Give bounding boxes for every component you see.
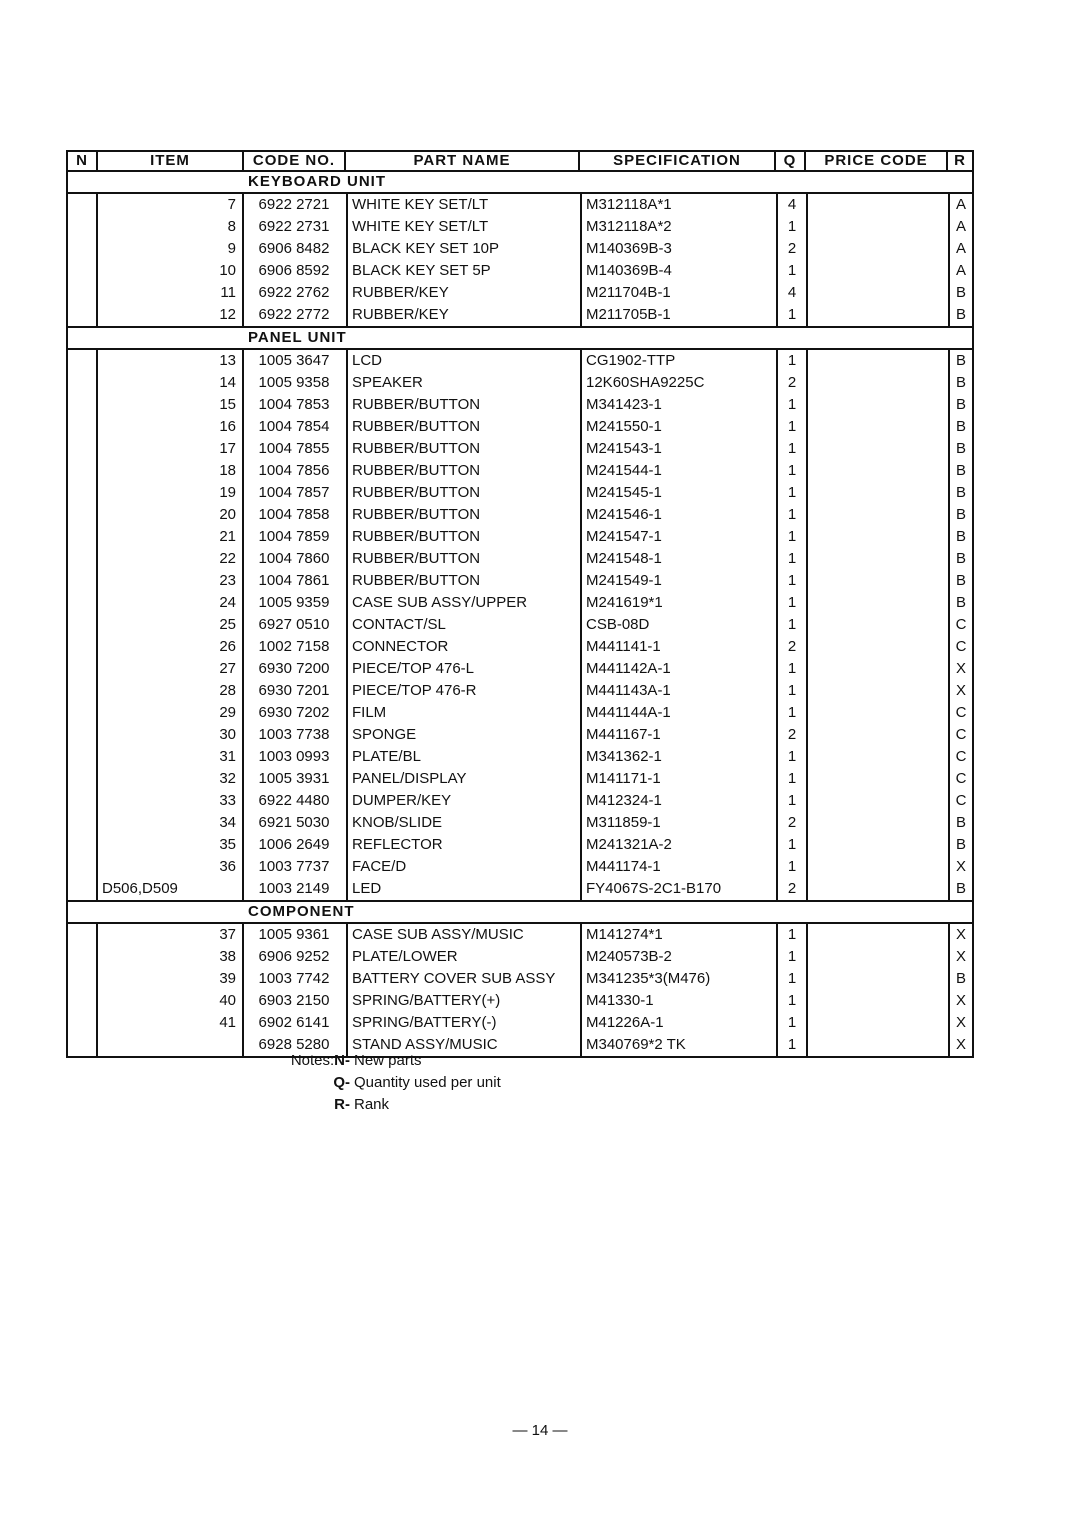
quantity: 1 xyxy=(778,260,806,282)
specification: M441143A-1 xyxy=(584,680,671,702)
part-name: RUBBER/KEY xyxy=(350,304,449,326)
rank: B xyxy=(950,570,972,592)
part-name: LED xyxy=(350,878,381,900)
specification: M441142A-1 xyxy=(584,658,671,680)
specification: M241545-1 xyxy=(584,482,662,504)
price-code xyxy=(808,216,948,238)
table-row: 296930 7202FILMM441144A-11C xyxy=(68,702,972,724)
item-number: 11 xyxy=(98,282,242,304)
rank: B xyxy=(950,482,972,504)
price-code xyxy=(808,460,948,482)
specification: M241544-1 xyxy=(584,460,662,482)
specification: M341235*3(M476) xyxy=(584,968,710,990)
part-name: CASE SUB ASSY/UPPER xyxy=(350,592,527,614)
part-name: WHITE KEY SET/LT xyxy=(350,216,488,238)
price-code xyxy=(808,526,948,548)
part-name: PANEL/DISPLAY xyxy=(350,768,467,790)
code-no: 1006 2649 xyxy=(244,834,344,856)
code-no: 6922 2721 xyxy=(244,194,344,216)
table-row: 406903 2150SPRING/BATTERY(+)M41330-11X xyxy=(68,990,972,1012)
part-name: RUBBER/BUTTON xyxy=(350,394,480,416)
part-name: KNOB/SLIDE xyxy=(350,812,442,834)
rank: B xyxy=(950,548,972,570)
part-name: PLATE/BL xyxy=(350,746,421,768)
part-name: PIECE/TOP 476-L xyxy=(350,658,474,680)
specification: M311859-1 xyxy=(584,812,661,834)
specification: M312118A*1 xyxy=(584,194,672,216)
specification: M441144A-1 xyxy=(584,702,671,724)
price-code xyxy=(808,812,948,834)
code-no: 1004 7858 xyxy=(244,504,344,526)
item-number: 38 xyxy=(98,946,242,968)
code-no: 1005 3931 xyxy=(244,768,344,790)
note-key: Q- xyxy=(230,1072,350,1094)
code-no: 1004 7853 xyxy=(244,394,344,416)
specification: M241321A-2 xyxy=(584,834,672,856)
quantity: 1 xyxy=(778,746,806,768)
table-row: 211004 7859RUBBER/BUTTONM241547-11B xyxy=(68,526,972,548)
quantity: 1 xyxy=(778,304,806,326)
code-no: 6906 8482 xyxy=(244,238,344,260)
item-number: 21 xyxy=(98,526,242,548)
rank: C xyxy=(950,746,972,768)
table-row: 131005 3647LCDCG1902-TTP1B xyxy=(68,350,972,372)
specification: M241549-1 xyxy=(584,570,662,592)
section-rows: 371005 9361CASE SUB ASSY/MUSICM141274*11… xyxy=(66,924,974,1058)
table-row: 286930 7201PIECE/TOP 476-RM441143A-11X xyxy=(68,680,972,702)
section-header: PANEL UNIT xyxy=(66,328,974,350)
specification: CG1902-TTP xyxy=(584,350,675,372)
quantity: 1 xyxy=(778,482,806,504)
part-name: LCD xyxy=(350,350,382,372)
table-row: 301003 7738SPONGEM441167-12C xyxy=(68,724,972,746)
specification: M240573B-2 xyxy=(584,946,672,968)
code-no: 1003 0993 xyxy=(244,746,344,768)
note-text: Quantity used per unit xyxy=(354,1072,501,1094)
header-n: N xyxy=(68,152,98,170)
rank: C xyxy=(950,702,972,724)
specification: M312118A*2 xyxy=(584,216,672,238)
table-row: 336922 4480DUMPER/KEYM412324-11C xyxy=(68,790,972,812)
specification: M41330-1 xyxy=(584,990,654,1012)
page-number: — 14 — xyxy=(0,1422,1080,1439)
table-header: N ITEM CODE NO. PART NAME SPECIFICATION … xyxy=(66,150,974,172)
specification: M241546-1 xyxy=(584,504,662,526)
specification: M140369B-3 xyxy=(584,238,672,260)
part-name: SPRING/BATTERY(+) xyxy=(350,990,500,1012)
part-name: CASE SUB ASSY/MUSIC xyxy=(350,924,524,946)
price-code xyxy=(808,790,948,812)
rank: B xyxy=(950,350,972,372)
table-row: 276930 7200PIECE/TOP 476-LM441142A-11X xyxy=(68,658,972,680)
part-name: RUBBER/BUTTON xyxy=(350,438,480,460)
part-name: RUBBER/BUTTON xyxy=(350,504,480,526)
code-no: 6922 4480 xyxy=(244,790,344,812)
item-number: 14 xyxy=(98,372,242,394)
code-no: 1003 7738 xyxy=(244,724,344,746)
table-row: 86922 2731WHITE KEY SET/LTM312118A*21A xyxy=(68,216,972,238)
quantity: 4 xyxy=(778,194,806,216)
item-number: 32 xyxy=(98,768,242,790)
code-no: 1004 7856 xyxy=(244,460,344,482)
rank: B xyxy=(950,282,972,304)
code-no: 6930 7201 xyxy=(244,680,344,702)
quantity: 1 xyxy=(778,614,806,636)
item-number: 18 xyxy=(98,460,242,482)
quantity: 1 xyxy=(778,924,806,946)
specification: M140369B-4 xyxy=(584,260,672,282)
price-code xyxy=(808,282,948,304)
header-specification: SPECIFICATION xyxy=(580,152,776,170)
quantity: 1 xyxy=(778,968,806,990)
price-code xyxy=(808,438,948,460)
item-number: 41 xyxy=(98,1012,242,1034)
price-code xyxy=(808,238,948,260)
price-code xyxy=(808,924,948,946)
item-number: 12 xyxy=(98,304,242,326)
rank: A xyxy=(950,194,972,216)
table-row: D506,D5091003 2149LEDFY4067S-2C1-B1702B xyxy=(68,878,972,900)
code-no: 1004 7857 xyxy=(244,482,344,504)
item-number: 40 xyxy=(98,990,242,1012)
code-no: 1002 7158 xyxy=(244,636,344,658)
table-row: 6928 5280STAND ASSY/MUSICM340769*2 TK1X xyxy=(68,1034,972,1056)
price-code xyxy=(808,416,948,438)
table-row: 181004 7856RUBBER/BUTTONM241544-11B xyxy=(68,460,972,482)
price-code xyxy=(808,372,948,394)
item-number: 37 xyxy=(98,924,242,946)
section-rows: 131005 3647LCDCG1902-TTP1B141005 9358SPE… xyxy=(66,350,974,902)
note-key: Notes:N- xyxy=(230,1050,350,1072)
price-code xyxy=(808,304,948,326)
item-number: 26 xyxy=(98,636,242,658)
code-no: 1005 9359 xyxy=(244,592,344,614)
part-name: RUBBER/BUTTON xyxy=(350,416,480,438)
quantity: 1 xyxy=(778,946,806,968)
code-no: 6922 2762 xyxy=(244,282,344,304)
part-name: RUBBER/KEY xyxy=(350,282,449,304)
part-name: CONNECTOR xyxy=(350,636,448,658)
rank: B xyxy=(950,304,972,326)
table-row: 231004 7861RUBBER/BUTTONM241549-11B xyxy=(68,570,972,592)
rank: C xyxy=(950,614,972,636)
table-row: 346921 5030KNOB/SLIDEM311859-12B xyxy=(68,812,972,834)
code-no: 6922 2772 xyxy=(244,304,344,326)
part-name: BLACK KEY SET 10P xyxy=(350,238,499,260)
code-no: 6930 7200 xyxy=(244,658,344,680)
table-row: 161004 7854RUBBER/BUTTONM241550-11B xyxy=(68,416,972,438)
rank: B xyxy=(950,394,972,416)
quantity: 2 xyxy=(778,238,806,260)
rank: B xyxy=(950,834,972,856)
rank: B xyxy=(950,438,972,460)
item-number: 30 xyxy=(98,724,242,746)
price-code xyxy=(808,260,948,282)
item-number: 13 xyxy=(98,350,242,372)
table-row: 391003 7742BATTERY COVER SUB ASSYM341235… xyxy=(68,968,972,990)
quantity: 1 xyxy=(778,350,806,372)
item-number: 39 xyxy=(98,968,242,990)
section-header: COMPONENT xyxy=(66,902,974,924)
quantity: 1 xyxy=(778,834,806,856)
section-rows: 76922 2721WHITE KEY SET/LTM312118A*14A86… xyxy=(66,194,974,328)
rank: X xyxy=(950,1012,972,1034)
item-number: 9 xyxy=(98,238,242,260)
quantity: 1 xyxy=(778,416,806,438)
specification: M441174-1 xyxy=(584,856,661,878)
specification: 12K60SHA9225C xyxy=(584,372,704,394)
section-header: KEYBOARD UNIT xyxy=(66,172,974,194)
part-name: RUBBER/BUTTON xyxy=(350,460,480,482)
code-no: 1003 7742 xyxy=(244,968,344,990)
price-code xyxy=(808,614,948,636)
code-no: 1004 7859 xyxy=(244,526,344,548)
code-no: 6930 7202 xyxy=(244,702,344,724)
part-name: DUMPER/KEY xyxy=(350,790,451,812)
item-number: 25 xyxy=(98,614,242,636)
quantity: 1 xyxy=(778,1012,806,1034)
quantity: 1 xyxy=(778,504,806,526)
note-prefix: Notes: xyxy=(291,1052,334,1069)
item-number: 19 xyxy=(98,482,242,504)
rank: C xyxy=(950,636,972,658)
header-item: ITEM xyxy=(98,152,244,170)
specification: M340769*2 TK xyxy=(584,1034,686,1056)
quantity: 1 xyxy=(778,460,806,482)
quantity: 1 xyxy=(778,680,806,702)
rank: X xyxy=(950,924,972,946)
item-number: 34 xyxy=(98,812,242,834)
price-code xyxy=(808,658,948,680)
section-title: PANEL UNIT xyxy=(248,329,347,346)
item-number: 31 xyxy=(98,746,242,768)
price-code xyxy=(808,194,948,216)
price-code xyxy=(808,990,948,1012)
rank: B xyxy=(950,968,972,990)
price-code xyxy=(808,680,948,702)
rank: X xyxy=(950,680,972,702)
code-no: 1003 7737 xyxy=(244,856,344,878)
note-abbrev: N- xyxy=(334,1052,350,1069)
table-row: 361003 7737FACE/DM441174-11X xyxy=(68,856,972,878)
part-name: PLATE/LOWER xyxy=(350,946,458,968)
code-no: 1004 7854 xyxy=(244,416,344,438)
quantity: 1 xyxy=(778,394,806,416)
item-number: 35 xyxy=(98,834,242,856)
code-no: 1005 9361 xyxy=(244,924,344,946)
header-price-code: PRICE CODE xyxy=(806,152,948,170)
item-number xyxy=(98,878,242,900)
code-no: 6902 6141 xyxy=(244,1012,344,1034)
rank: C xyxy=(950,790,972,812)
rank: B xyxy=(950,878,972,900)
note-text: New parts xyxy=(354,1050,422,1072)
table-row: 386906 9252PLATE/LOWERM240573B-21X xyxy=(68,946,972,968)
table-row: 416902 6141SPRING/BATTERY(-)M41226A-11X xyxy=(68,1012,972,1034)
part-name: BATTERY COVER SUB ASSY xyxy=(350,968,555,990)
price-code xyxy=(808,570,948,592)
part-name: SPEAKER xyxy=(350,372,423,394)
item-number: 29 xyxy=(98,702,242,724)
table-row: 191004 7857RUBBER/BUTTONM241545-11B xyxy=(68,482,972,504)
part-name: SPRING/BATTERY(-) xyxy=(350,1012,496,1034)
price-code xyxy=(808,592,948,614)
part-name: RUBBER/BUTTON xyxy=(350,548,480,570)
rank: B xyxy=(950,460,972,482)
item-number: 10 xyxy=(98,260,242,282)
specification: M441141-1 xyxy=(584,636,661,658)
price-code xyxy=(808,946,948,968)
part-name: WHITE KEY SET/LT xyxy=(350,194,488,216)
specification: M211704B-1 xyxy=(584,282,671,304)
quantity: 2 xyxy=(778,372,806,394)
price-code xyxy=(808,968,948,990)
rank: B xyxy=(950,372,972,394)
price-code xyxy=(808,746,948,768)
note-abbrev: R- xyxy=(334,1096,350,1113)
quantity: 1 xyxy=(778,856,806,878)
table-row: 151004 7853RUBBER/BUTTONM341423-11B xyxy=(68,394,972,416)
part-name: RUBBER/BUTTON xyxy=(350,526,480,548)
item-number: 17 xyxy=(98,438,242,460)
quantity: 1 xyxy=(778,702,806,724)
quantity: 2 xyxy=(778,812,806,834)
table-row: 261002 7158CONNECTORM441141-12C xyxy=(68,636,972,658)
specification: M241619*1 xyxy=(584,592,663,614)
specification: M141274*1 xyxy=(584,924,663,946)
rank: C xyxy=(950,724,972,746)
note-text: Rank xyxy=(354,1094,389,1116)
header-code-no: CODE NO. xyxy=(244,152,346,170)
quantity: 1 xyxy=(778,990,806,1012)
price-code xyxy=(808,702,948,724)
code-no: 6906 9252 xyxy=(244,946,344,968)
quantity: 1 xyxy=(778,592,806,614)
specification: M341362-1 xyxy=(584,746,662,768)
code-no: 1005 3647 xyxy=(244,350,344,372)
rank: X xyxy=(950,946,972,968)
code-no: 1004 7855 xyxy=(244,438,344,460)
part-name: SPONGE xyxy=(350,724,416,746)
rank: X xyxy=(950,658,972,680)
part-name: REFLECTOR xyxy=(350,834,443,856)
code-no: 1005 9358 xyxy=(244,372,344,394)
specification: M241547-1 xyxy=(584,526,662,548)
price-code xyxy=(808,856,948,878)
table-row: 201004 7858RUBBER/BUTTONM241546-11B xyxy=(68,504,972,526)
part-name: FILM xyxy=(350,702,386,724)
quantity: 1 xyxy=(778,548,806,570)
specification: M241543-1 xyxy=(584,438,662,460)
quantity: 2 xyxy=(778,724,806,746)
item-number: 24 xyxy=(98,592,242,614)
table-row: 171004 7855RUBBER/BUTTONM241543-11B xyxy=(68,438,972,460)
table-row: 256927 0510CONTACT/SLCSB-08D1C xyxy=(68,614,972,636)
specification: M412324-1 xyxy=(584,790,662,812)
part-name: RUBBER/BUTTON xyxy=(350,482,480,504)
specification: M41226A-1 xyxy=(584,1012,664,1034)
table-row: 371005 9361CASE SUB ASSY/MUSICM141274*11… xyxy=(68,924,972,946)
part-name: RUBBER/BUTTON xyxy=(350,570,480,592)
item-number: 7 xyxy=(98,194,242,216)
rank: B xyxy=(950,812,972,834)
quantity: 1 xyxy=(778,790,806,812)
item-number: 15 xyxy=(98,394,242,416)
rank: B xyxy=(950,416,972,438)
price-code xyxy=(808,878,948,900)
quantity: 1 xyxy=(778,526,806,548)
price-code xyxy=(808,1012,948,1034)
specification: M141171-1 xyxy=(584,768,661,790)
quantity: 1 xyxy=(778,570,806,592)
table-row: 351006 2649REFLECTORM241321A-21B xyxy=(68,834,972,856)
section-title: COMPONENT xyxy=(248,903,355,920)
item-number: 28 xyxy=(98,680,242,702)
item-number: 8 xyxy=(98,216,242,238)
specification: M211705B-1 xyxy=(584,304,671,326)
code-no: 1003 2149 xyxy=(244,878,344,900)
quantity: 4 xyxy=(778,282,806,304)
rank: X xyxy=(950,990,972,1012)
part-name: FACE/D xyxy=(350,856,406,878)
part-name: PIECE/TOP 476-R xyxy=(350,680,477,702)
specification: M241548-1 xyxy=(584,548,662,570)
item-number: 36 xyxy=(98,856,242,878)
quantity: 1 xyxy=(778,216,806,238)
price-code xyxy=(808,1034,948,1056)
price-code xyxy=(808,724,948,746)
note-key: R- xyxy=(230,1094,350,1116)
quantity: 2 xyxy=(778,878,806,900)
part-name: CONTACT/SL xyxy=(350,614,446,636)
rank: X xyxy=(950,856,972,878)
table-row: 96906 8482BLACK KEY SET 10PM140369B-32A xyxy=(68,238,972,260)
price-code xyxy=(808,482,948,504)
rank: B xyxy=(950,526,972,548)
quantity: 1 xyxy=(778,438,806,460)
parts-table: N ITEM CODE NO. PART NAME SPECIFICATION … xyxy=(66,150,974,1058)
table-row: 321005 3931PANEL/DISPLAYM141171-11C xyxy=(68,768,972,790)
specification: M341423-1 xyxy=(584,394,662,416)
code-no: 6927 0510 xyxy=(244,614,344,636)
code-no: 1004 7861 xyxy=(244,570,344,592)
quantity: 2 xyxy=(778,636,806,658)
item-number: 23 xyxy=(98,570,242,592)
section-title: KEYBOARD UNIT xyxy=(248,173,386,190)
table-row: 106906 8592BLACK KEY SET 5PM140369B-41A xyxy=(68,260,972,282)
specification: CSB-08D xyxy=(584,614,649,636)
item-number: 16 xyxy=(98,416,242,438)
price-code xyxy=(808,636,948,658)
price-code xyxy=(808,768,948,790)
header-part-name: PART NAME xyxy=(346,152,580,170)
rank: A xyxy=(950,260,972,282)
rank: A xyxy=(950,238,972,260)
price-code xyxy=(808,548,948,570)
item-number: 22 xyxy=(98,548,242,570)
code-no: 6903 2150 xyxy=(244,990,344,1012)
parts-list-page: N ITEM CODE NO. PART NAME SPECIFICATION … xyxy=(0,0,1080,1519)
code-no: 6922 2731 xyxy=(244,216,344,238)
price-code xyxy=(808,504,948,526)
table-row: 116922 2762RUBBER/KEYM211704B-14B xyxy=(68,282,972,304)
item-number: 33 xyxy=(98,790,242,812)
table-row: 76922 2721WHITE KEY SET/LTM312118A*14A xyxy=(68,194,972,216)
specification: M241550-1 xyxy=(584,416,662,438)
rank: X xyxy=(950,1034,972,1056)
note-abbrev: Q- xyxy=(333,1074,350,1091)
table-row: 311003 0993PLATE/BLM341362-11C xyxy=(68,746,972,768)
